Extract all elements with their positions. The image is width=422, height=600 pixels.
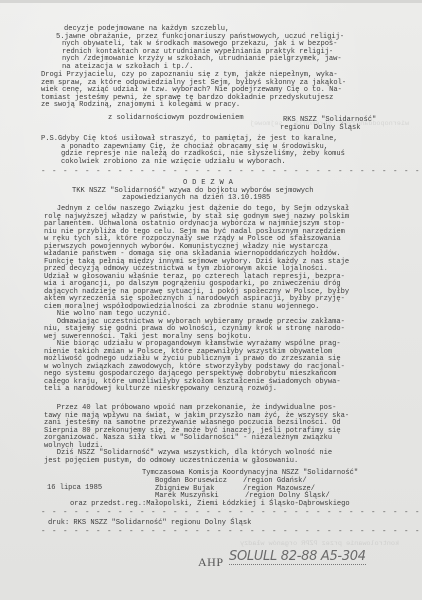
- dashed-separator: - - - - - - - - - - - - - - - - - - - - …: [41, 168, 422, 176]
- greeting: z solidarnościowym pozdrowieniem: [108, 115, 244, 122]
- archive-handwritten-number: SOLULL 82-88 A5-304: [229, 549, 366, 565]
- postscript-line: cokolwiek zrobiono za nie wzięcie udział…: [61, 159, 286, 166]
- odezwa-subtitle: zapowiedzianych na dzień 13.10.1985: [122, 195, 270, 202]
- regional-representatives: oraz przedst.reg.:Małopolski, Ziemi Łódz…: [70, 501, 350, 508]
- show-through-text: kontrolowanie przez PZPR organów władzy: [240, 540, 399, 548]
- appeal-line: ze swoją Rodziną, znajomymi i kolegami w…: [41, 102, 240, 109]
- list-line: na ateizacja w szkołach i tp./.: [62, 64, 193, 71]
- document-date: 16 lipca 1985: [47, 485, 102, 492]
- print-note: druk: RKS NSZZ "Solidarność" regionu Dol…: [48, 520, 251, 527]
- paper-sheet: wiernopoddańczych ceremonii sejmowej kon…: [0, 0, 422, 600]
- dashed-separator: - - - - - - - - - - - - - - - - - - - - …: [41, 528, 422, 536]
- signature-region: regionu Dolny Śląsk: [280, 125, 361, 132]
- paper-top-edge: [0, 0, 422, 3]
- body-line: teli a narodowej kulturze nieskrępowany …: [44, 386, 277, 393]
- body-line: jest pojęciem pustym, do odmowy uczestni…: [44, 458, 298, 465]
- archive-stamp-prefix: AHP: [198, 555, 224, 570]
- dashed-separator: - - - - - - - - - - - - - - - - - - - - …: [41, 509, 422, 517]
